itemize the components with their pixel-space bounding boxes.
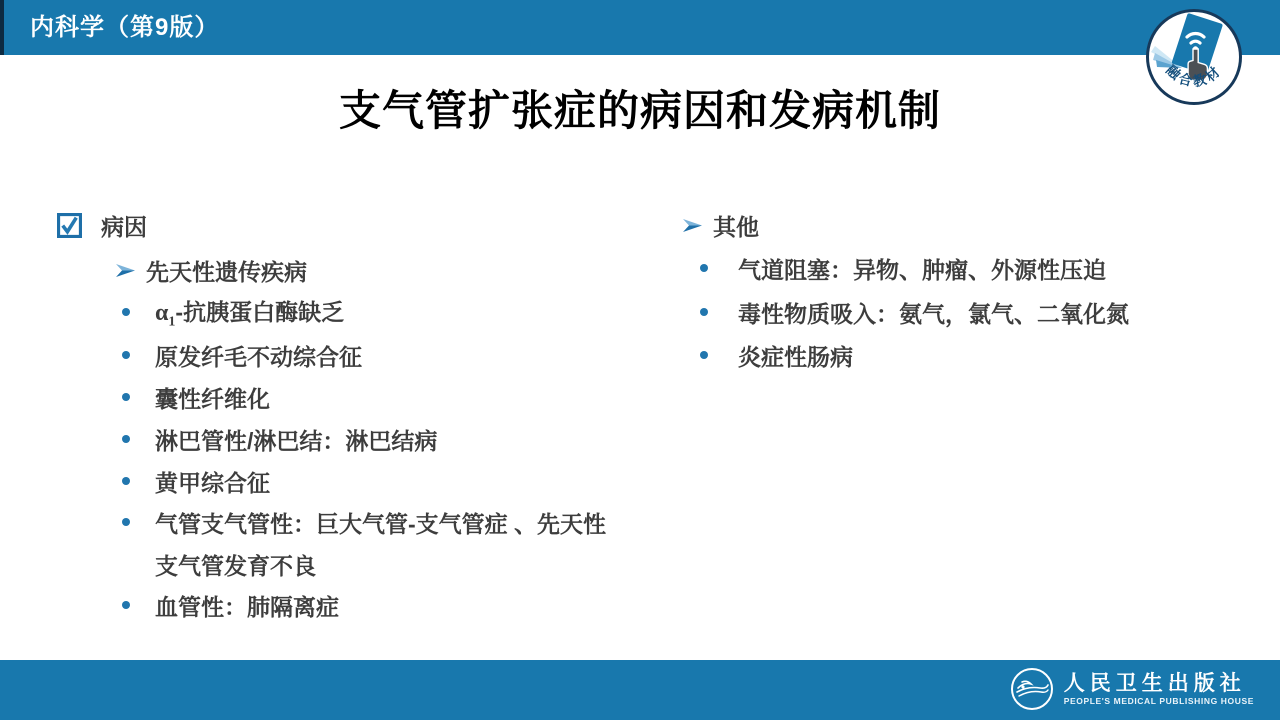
dot-bullet-icon [700, 264, 708, 272]
header-accent-strip [0, 0, 4, 55]
arrowhead-icon [682, 217, 703, 234]
arrowhead-icon [115, 262, 136, 279]
presentation-slide: 内科学（第9版） 融合教材 支气管扩张症的病因和发病机制 [0, 0, 1280, 720]
list-item-label: α1-抗胰蛋白酶缺乏 [155, 294, 344, 331]
list-item: 黄甲综合征 [122, 463, 270, 499]
list-item-label: 气道阻塞：异物、肿瘤、外源性压迫 [738, 252, 1106, 285]
list-item-label: 支气管发育不良 [155, 548, 316, 581]
dot-bullet-icon [700, 308, 708, 316]
publisher-emblem-icon [1010, 667, 1054, 711]
list-item-label: 黄甲综合征 [155, 465, 270, 498]
others-heading: 其他 [713, 209, 759, 242]
list-item: α1-抗胰蛋白酶缺乏 [122, 294, 344, 330]
dot-bullet-icon [122, 351, 130, 359]
list-item: 血管性：肺隔离症 [122, 587, 339, 623]
list-item-label: 囊性纤维化 [155, 381, 270, 414]
congenital-group-heading: 先天性遗传疾病 [146, 254, 307, 287]
dot-bullet-icon [122, 435, 130, 443]
list-item-label: 炎症性肠病 [738, 339, 853, 372]
dot-bullet-icon [122, 601, 130, 609]
list-item: 原发纤毛不动综合征 [122, 337, 362, 373]
book-title: 内科学（第9版） [30, 0, 219, 55]
publisher-name-en: PEOPLE'S MEDICAL PUBLISHING HOUSE [1064, 696, 1254, 707]
checked-checkbox-icon [57, 213, 82, 238]
dot-bullet-icon [122, 518, 130, 526]
list-item-label: 淋巴管性/淋巴结：淋巴结病 [155, 423, 437, 456]
dot-bullet-icon [122, 308, 130, 316]
list-item: 淋巴管性/淋巴结：淋巴结病 [122, 421, 437, 457]
list-item: 炎症性肠病 [700, 337, 853, 373]
etiology-heading-row: 病因 [57, 207, 147, 243]
dot-bullet-icon [122, 477, 130, 485]
etiology-heading: 病因 [101, 209, 147, 242]
footer-bar: 人民卫生出版社 PEOPLE'S MEDICAL PUBLISHING HOUS… [0, 660, 1280, 720]
others-heading-row: 其他 [682, 207, 759, 243]
list-item: 毒性物质吸入：氨气，氯气、二氧化氮 [700, 294, 1129, 330]
list-item: 气管支气管性：巨大气管-支气管症 、先天性 [122, 504, 606, 540]
list-item: 囊性纤维化 [122, 379, 270, 415]
header-bar: 内科学（第9版） [0, 0, 1280, 55]
list-item-label: 血管性：肺隔离症 [155, 589, 339, 622]
dot-bullet-icon [700, 351, 708, 359]
dot-bullet-icon [122, 393, 130, 401]
list-item: 气道阻塞：异物、肿瘤、外源性压迫 [700, 250, 1106, 286]
slide-title: 支气管扩张症的病因和发病机制 [0, 78, 1280, 138]
list-item-label: 毒性物质吸入：氨气，氯气、二氧化氮 [738, 296, 1129, 329]
list-item-label: 气管支气管性：巨大气管-支气管症 、先天性 [155, 506, 606, 539]
list-item-label: 原发纤毛不动综合征 [155, 339, 362, 372]
publisher-name-block: 人民卫生出版社 PEOPLE'S MEDICAL PUBLISHING HOUS… [1064, 672, 1254, 707]
list-item-continuation: 支气管发育不良 [155, 546, 316, 582]
publisher-logo: 人民卫生出版社 PEOPLE'S MEDICAL PUBLISHING HOUS… [1010, 667, 1254, 711]
congenital-group-row: 先天性遗传疾病 [115, 252, 307, 288]
publisher-name-cn: 人民卫生出版社 [1064, 672, 1246, 696]
